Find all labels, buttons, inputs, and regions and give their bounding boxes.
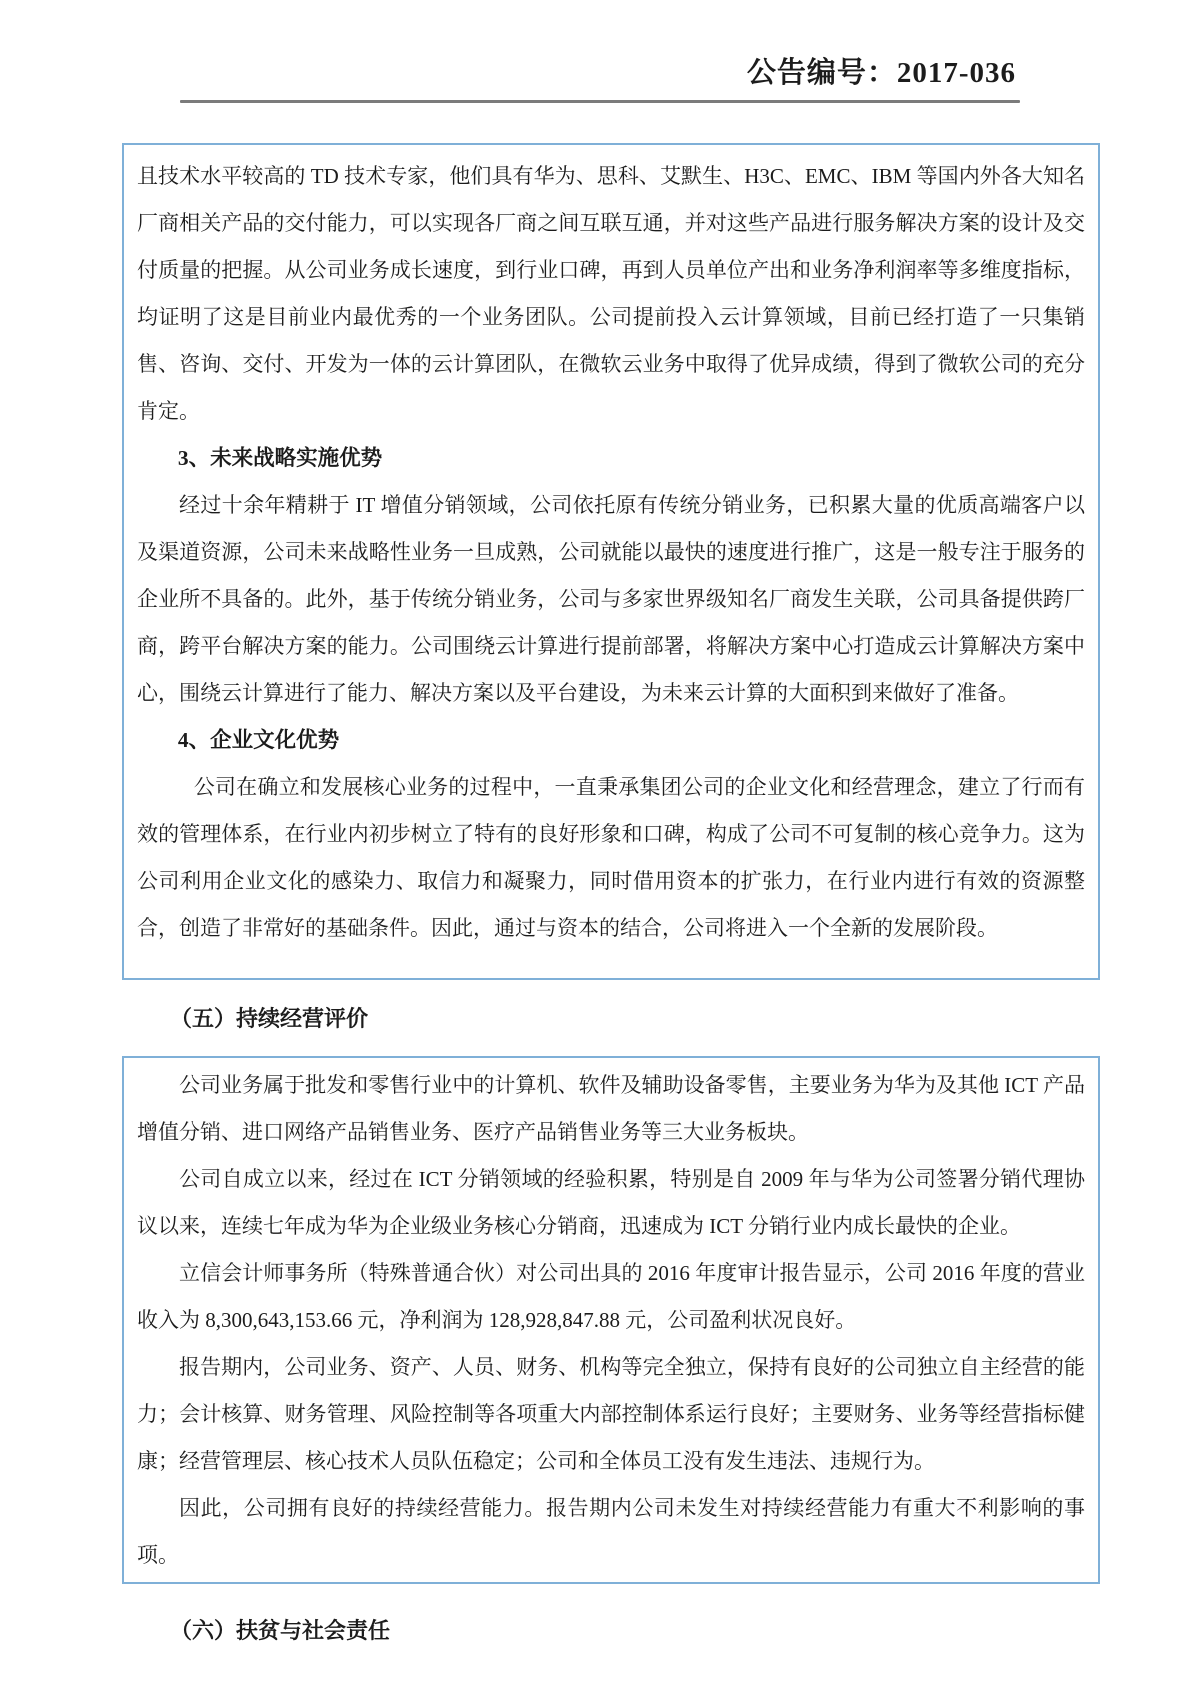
heading-corporate-culture-advantage: 4、企业文化优势 — [137, 717, 1085, 764]
paragraph-corporate-culture: 公司在确立和发展核心业务的过程中，一直秉承集团公司的企业文化和经营理念，建立了行… — [137, 764, 1085, 952]
heading-future-strategy-advantage: 3、未来战略实施优势 — [137, 435, 1085, 482]
paragraph-td-experts: 且技术水平较高的 TD 技术专家，他们具有华为、思科、艾默生、H3C、EMC、I… — [137, 153, 1085, 435]
page-header: 公告编号：2017-036 — [0, 0, 1200, 90]
paragraph-business-segments: 公司业务属于批发和零售行业中的计算机、软件及辅助设备零售，主要业务为华为及其他 … — [137, 1062, 1085, 1156]
advantages-text-box: 且技术水平较高的 TD 技术专家，他们具有华为、思科、艾默生、H3C、EMC、I… — [122, 143, 1100, 980]
paragraph-independence-controls: 报告期内，公司业务、资产、人员、财务、机构等完全独立，保持有良好的公司独立自主经… — [137, 1344, 1085, 1485]
going-concern-text-box: 公司业务属于批发和零售行业中的计算机、软件及辅助设备零售，主要业务为华为及其他 … — [122, 1056, 1100, 1584]
announcement-number: 公告编号：2017-036 — [747, 57, 1016, 89]
document-page: 公告编号：2017-036 且技术水平较高的 TD 技术专家，他们具有华为、思科… — [0, 0, 1200, 1697]
section-heading-going-concern: （五）持续经营评价 — [170, 1004, 1200, 1034]
section-heading-poverty-social-responsibility: （六）扶贫与社会责任 — [170, 1616, 1200, 1646]
paragraph-future-strategy: 经过十余年精耕于 IT 增值分销领域，公司依托原有传统分销业务，已积累大量的优质… — [137, 482, 1085, 717]
paragraph-going-concern-conclusion: 因此，公司拥有良好的持续经营能力。报告期内公司未发生对持续经营能力有重大不利影响… — [137, 1485, 1085, 1579]
paragraph-ict-distribution-history: 公司自成立以来，经过在 ICT 分销领域的经验积累，特别是自 2009 年与华为… — [137, 1156, 1085, 1250]
paragraph-audit-report-figures: 立信会计师事务所（特殊普通合伙）对公司出具的 2016 年度审计报告显示，公司 … — [137, 1250, 1085, 1344]
header-divider-line — [180, 100, 1020, 103]
